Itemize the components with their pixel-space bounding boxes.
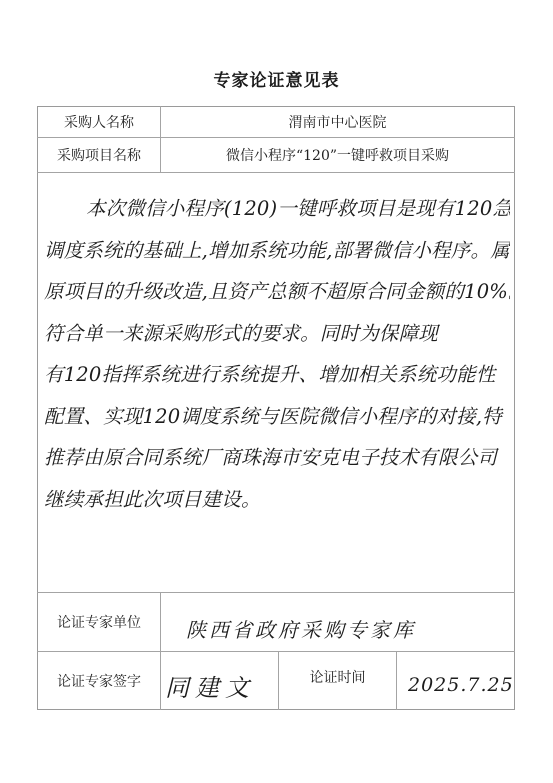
opinion-line: 符合单一来源采购形式的要求。同时为保障现 [44,313,510,355]
opinion-line: 原项目的升级改造,且资产总额不超原合同金额的10%。 [44,271,510,313]
opinion-line: 推荐由原合同系统厂商珠海市安克电子技术有限公司 [44,437,510,479]
page-title: 专家论证意见表 [0,66,553,91]
expert-signature: 同建文 [165,668,255,703]
opinion-line: 调度系统的基础上,增加系统功能,部署微信小程序。属于 [44,230,510,272]
expert-opinion-text: 本次微信小程序(120)一键呼救项目是现有120急救 调度系统的基础上,增加系统… [44,188,510,520]
expert-signature-label: 论证专家签字 [38,652,160,710]
column-divider [396,651,397,710]
review-time-value: 2025.7.25 [408,674,514,696]
row-divider [37,172,515,173]
purchaser-name-value: 渭南市中心医院 [161,107,514,137]
column-divider [160,592,161,710]
expert-unit-value: 陕西省政府采购专家库 [186,614,416,643]
purchaser-name-label: 采购人名称 [38,107,160,137]
expert-unit-label: 论证专家单位 [38,593,160,651]
opinion-line: 本次微信小程序(120)一键呼救项目是现有120急救 [44,188,510,230]
opinion-line: 配置、实现120调度系统与医院微信小程序的对接,特 [44,396,510,438]
opinion-line: 有120指挥系统进行系统提升、增加相关系统功能性 [44,354,510,396]
project-name-label: 采购项目名称 [38,138,160,172]
review-time-label: 论证时间 [279,652,396,702]
opinion-line: 继续承担此次项目建设。 [44,479,510,521]
project-name-value: 微信小程序“120”一键呼救项目采购 [161,138,514,172]
